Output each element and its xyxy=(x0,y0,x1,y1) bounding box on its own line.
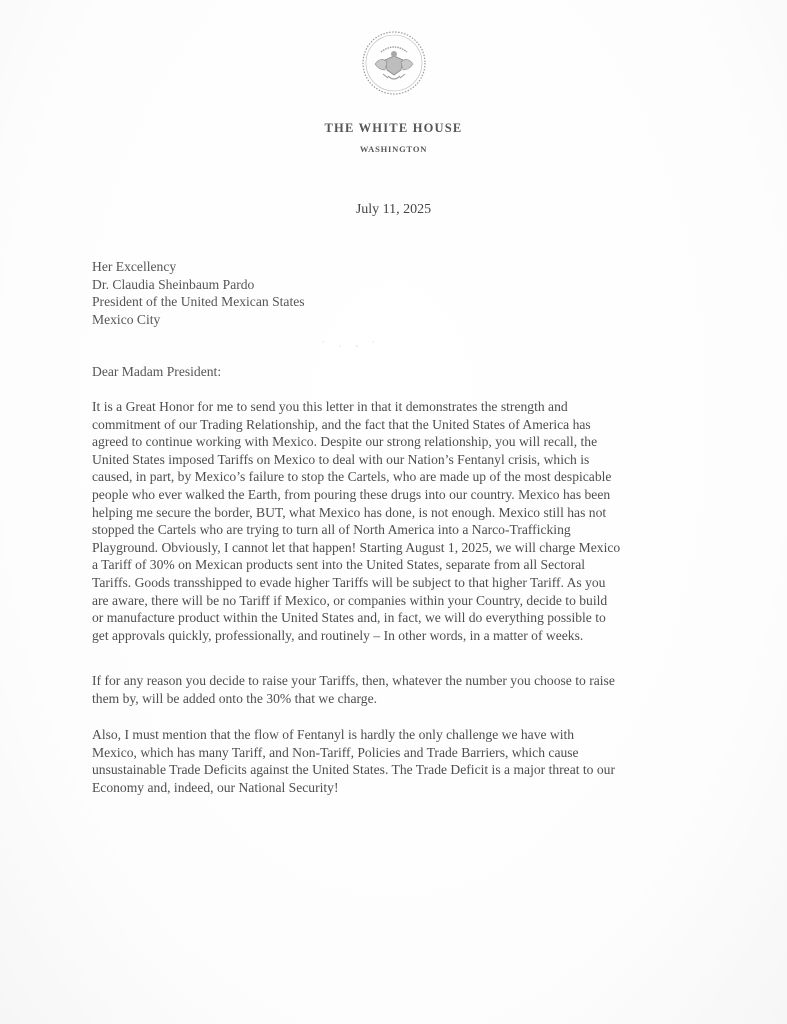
scan-smudge: · ˎ ¸ · xyxy=(322,338,432,352)
paragraph-line: United States imposed Tariffs on Mexico … xyxy=(92,451,620,469)
paragraph-line: stopped the Cartels who are trying to tu… xyxy=(92,521,620,539)
letter-date: July 11, 2025 xyxy=(0,202,787,218)
paragraph-line: or manufacture product within the United… xyxy=(92,609,620,627)
paragraph-line: unsustainable Trade Deficits against the… xyxy=(92,761,615,779)
body-paragraph-2: If for any reason you decide to raise yo… xyxy=(92,672,615,707)
paragraph-line: Also, I must mention that the flow of Fe… xyxy=(92,726,615,744)
paragraph-line: agreed to continue working with Mexico. … xyxy=(92,433,620,451)
paragraph-line: Economy and, indeed, our National Securi… xyxy=(92,779,615,797)
paragraph-line: get approvals quickly, professionally, a… xyxy=(92,627,620,645)
presidential-seal-icon xyxy=(361,30,427,96)
paragraph-line: are aware, there will be no Tariff if Me… xyxy=(92,592,620,610)
paragraph-line: Tariffs. Goods transshipped to evade hig… xyxy=(92,574,620,592)
letter-page: THE WHITE HOUSE WASHINGTON July 11, 2025… xyxy=(0,0,787,1024)
body-paragraph-1: It is a Great Honor for me to send you t… xyxy=(92,398,620,644)
letterhead-subtitle: WASHINGTON xyxy=(0,144,787,154)
recipient-line: Mexico City xyxy=(92,311,305,329)
recipient-line: Her Excellency xyxy=(92,258,305,276)
paragraph-line: It is a Great Honor for me to send you t… xyxy=(92,398,620,416)
paragraph-line: caused, in part, by Mexico’s failure to … xyxy=(92,468,620,486)
paragraph-line: helping me secure the border, BUT, what … xyxy=(92,504,620,522)
paragraph-line: If for any reason you decide to raise yo… xyxy=(92,672,615,690)
paragraph-line: them by, will be added onto the 30% that… xyxy=(92,690,615,708)
salutation: Dear Madam President: xyxy=(92,364,221,380)
letterhead-title: THE WHITE HOUSE xyxy=(0,121,787,136)
paragraph-line: Mexico, which has many Tariff, and Non-T… xyxy=(92,744,615,762)
recipient-line: President of the United Mexican States xyxy=(92,293,305,311)
paragraph-line: commitment of our Trading Relationship, … xyxy=(92,416,620,434)
paragraph-line: Playground. Obviously, I cannot let that… xyxy=(92,539,620,557)
recipient-address: Her Excellency Dr. Claudia Sheinbaum Par… xyxy=(92,258,305,328)
body-paragraph-3: Also, I must mention that the flow of Fe… xyxy=(92,726,615,796)
paragraph-line: people who ever walked the Earth, from p… xyxy=(92,486,620,504)
paragraph-line: a Tariff of 30% on Mexican products sent… xyxy=(92,556,620,574)
recipient-line: Dr. Claudia Sheinbaum Pardo xyxy=(92,276,305,294)
